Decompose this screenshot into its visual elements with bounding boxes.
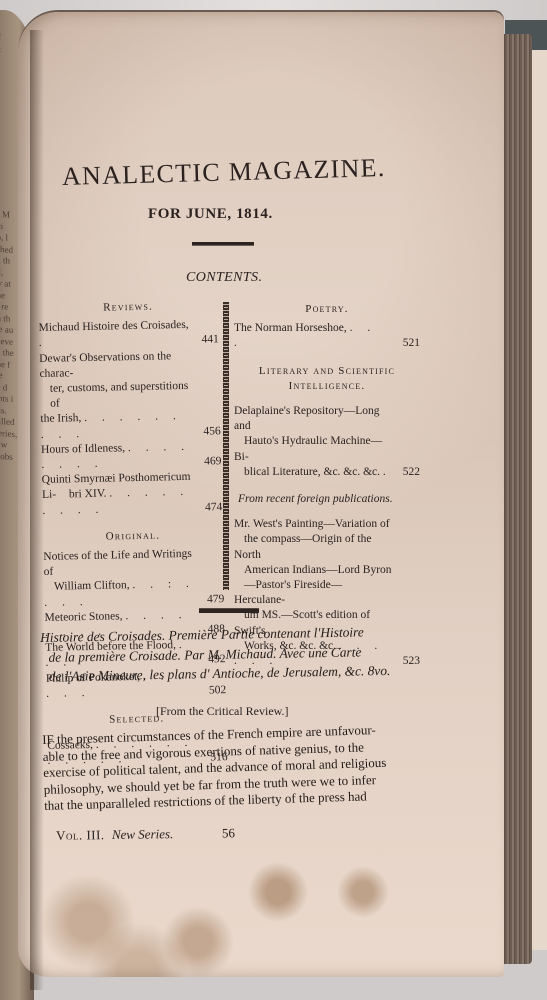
subsection-heading-foreign: From recent foreign publications. [234, 492, 420, 507]
column-divider-rule [223, 302, 229, 590]
magazine-title: ANALECTIC MAGAZINE. [62, 153, 393, 192]
section-heading-reviews: Reviews. [38, 298, 218, 317]
section-heading-poetry: Poetry. [234, 302, 420, 317]
page-content: ANALECTIC MAGAZINE. FOR JUNE, 1814. CONT… [0, 0, 547, 1000]
ornamental-rule-top [192, 242, 254, 246]
ornamental-rule-middle [199, 608, 259, 613]
toc-page-number: 522 [403, 465, 420, 480]
toc-page-number: 441 [201, 333, 219, 349]
section-heading-original: Original. [43, 527, 223, 546]
series-label: New Series. [112, 826, 174, 842]
toc-entry: Delaplaine's Repository—Long and Hauto's… [234, 404, 420, 480]
toc-entry-title: Notices of the Life and Writings of [43, 548, 192, 578]
toc-entry-title-continued: blical Literature, &c. &c. &c. [234, 466, 380, 478]
signature-number: 56 [222, 825, 235, 841]
toc-entry: Dewar's Observations on the charac- ter,… [39, 348, 221, 443]
toc-page-number: 521 [403, 336, 420, 351]
toc-entry-title: The Norman Horseshoe, [234, 322, 347, 334]
toc-entry-title-continued: William Clifton, [44, 580, 130, 594]
toc-entry: Michaud Histoire des Croisades, . 441 [38, 317, 219, 351]
toc-entry-title: Michaud Histoire des Croisades, [38, 319, 188, 334]
contents-right-column: Poetry. The Norman Horseshoe, . . . 521 … [234, 302, 420, 669]
issue-date: FOR JUNE, 1814. [148, 206, 273, 223]
contents-heading: CONTENTS. [186, 270, 262, 286]
toc-entry-title-continued: ter, customs, and superstitions of [40, 379, 193, 413]
toc-entry: The Norman Horseshoe, . . . 521 [234, 321, 420, 351]
toc-page-number: 469 [204, 454, 222, 470]
toc-page-number: 456 [203, 424, 221, 440]
toc-entry-title: Dewar's Observations on the charac- [39, 350, 171, 380]
toc-entry-title-continued: —Pastor's Fireside—Herculane- [234, 579, 342, 606]
page-footer: Vol. III. New Series. 56 [56, 824, 316, 844]
toc-entry-title-continued: American Indians—Lord Byron [234, 564, 392, 576]
article-body: IF the present circumstances of the Fren… [42, 720, 449, 814]
toc-entry-title: Meteoric Stones, [44, 610, 122, 624]
toc-entry: Quinti Smyrnæi Posthomericum Li- bri XIV… [42, 469, 223, 518]
section-heading-literary-scientific: Literary and Scientific Intelligence. [234, 364, 420, 394]
toc-page-number: 474 [205, 500, 223, 516]
leader-dots: . [383, 466, 392, 478]
toc-page-number: 502 [209, 683, 227, 699]
toc-entry-title: Mr. West's Painting—Variation of [234, 518, 390, 530]
toc-entry-title: Hours of Idleness, [41, 442, 125, 456]
leader-dots: . [39, 337, 48, 349]
toc-page-number: 479 [207, 592, 225, 608]
volume-label: Vol. III. [56, 827, 105, 843]
toc-entry: Hours of Idleness, . . . . . . . . 469 [41, 439, 222, 473]
toc-entry-title-continued: the Irish, [40, 413, 81, 426]
toc-entry: Notices of the Life and Writings of Will… [43, 546, 224, 611]
contents-left-column: Reviews. Michaud Histoire des Croisades,… [38, 298, 228, 769]
toc-entry-title-continued: Hauto's Hydraulic Machine—Bi- [234, 435, 382, 462]
article-title-block: Histoire des Croisades. Première Partie … [40, 621, 451, 687]
toc-entry-title: Delaplaine's Repository—Long and [234, 405, 379, 432]
toc-entry-title-continued: bri XIV. [59, 488, 107, 501]
article-source: [From the Critical Review.] [156, 704, 289, 719]
toc-entry-title-continued: the compass—Origin of the North [234, 533, 371, 560]
